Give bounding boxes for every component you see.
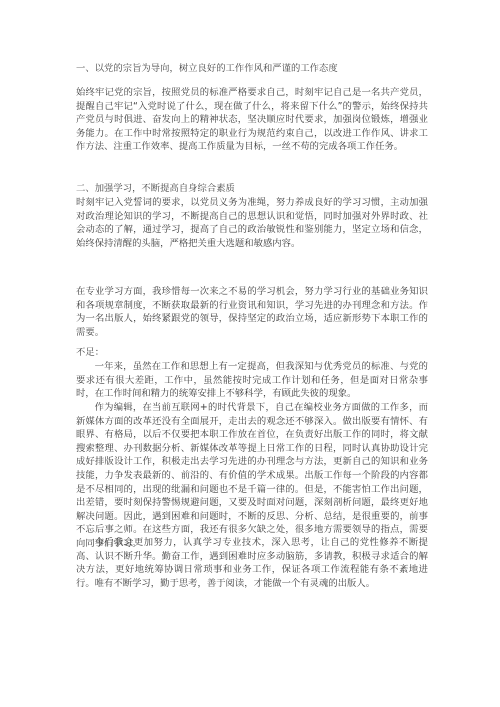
section2-heading: 二、加强学习，不断提高自身综合素质: [76, 182, 428, 196]
shortcomings-paragraph-3: 今后我会更加努力，认真学习专业技术，深入思考，让自己的党性修养不断提高、认识不断…: [76, 536, 428, 590]
section1-body: 始终牢记党的宗旨，按照党员的标准严格要求自己，时刻牢记自己是一名共产党员，提醒自…: [76, 86, 428, 154]
shortcomings-paragraph-2: 作为编辑，在当前互联网+的时代背景下，自己在编校业务方面做的工作多，而新媒体方面…: [76, 401, 428, 551]
section1-heading: 一、以党的宗旨为导向，树立良好的工作作风和严谨的工作态度: [76, 62, 428, 76]
section2-body: 时刻牢记入党誓词的要求，以党员义务为准绳，努力养成良好的学习习惯，主动加强对政治…: [76, 196, 428, 250]
document-page: 一、以党的宗旨为导向，树立良好的工作作风和严谨的工作态度 始终牢记党的宗旨，按照…: [0, 0, 500, 707]
shortcomings-heading: 不足：: [76, 346, 428, 360]
shortcomings-paragraph-1: 一年来，虽然在工作和思想上有一定提高，但我深知与优秀党员的标准、与党的要求还有很…: [76, 360, 428, 401]
section2-body-professional: 在专业学习方面，我珍惜每一次来之不易的学习机会，努力学习行业的基础业务知识和各项…: [76, 285, 428, 339]
